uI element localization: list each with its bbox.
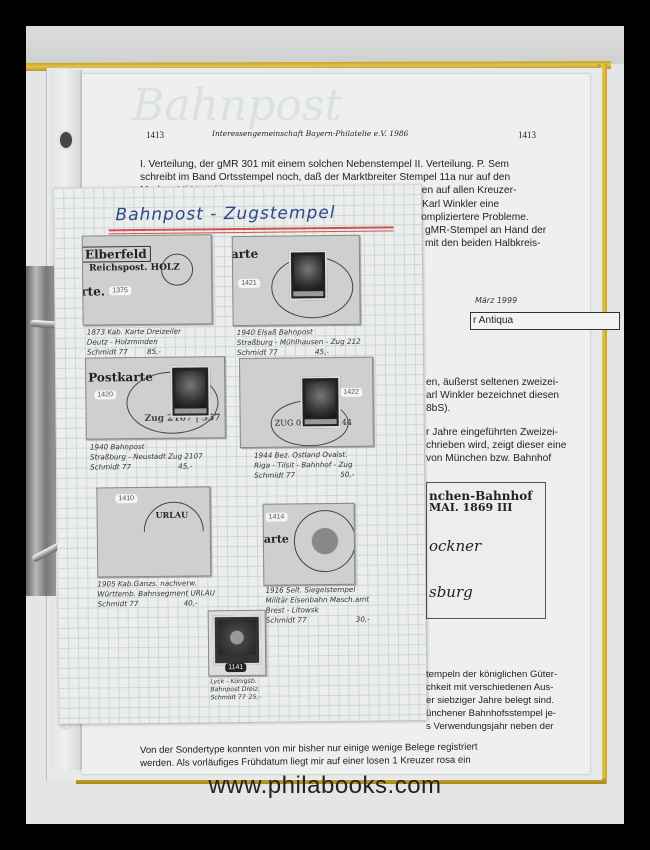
text-line: chkeit mit verschiedenen Aus- [426,681,553,694]
cover-text: rte. [82,284,105,298]
postmark [161,253,193,285]
stamp-cover-1420[interactable]: Postkarte 1420 Zug 2107 | 557 [85,356,226,439]
paragraph-2: Von der Sondertype konnten von mir bishe… [140,740,545,771]
text-line: er siebziger Jahre belegt sind. [426,694,554,707]
text-line: s Verwendungsjahr neben der [426,720,553,733]
text-line: en, äußerst seltenen zweizei- [426,376,559,389]
text-line: 8bS). [426,402,450,415]
text-line: chrieben wird, zeigt dieser eine [426,439,566,452]
catalog-number: 1141 [225,663,246,672]
stamp-1141[interactable]: 1141 [208,610,267,677]
caption: 1940 Bahnpost Straßburg - Neustadt Zug 2… [90,441,203,472]
caption: 1905 Kab.Ganzs. nachverw. Württemb. Bahn… [97,578,215,609]
stamp-cover-1410[interactable]: 1410 URLAU [96,486,211,577]
price: 45,- [315,347,329,357]
catalog-number: 1414 [266,513,288,522]
caption: 1873 Kab. Karte Dreizeiler Deutz - Holzm… [87,327,182,358]
seal-postmark [294,510,356,573]
stamp-text: sburg [429,583,473,601]
text-line: tempeln der königlichen Güter- [426,668,557,681]
photo: Bahnpost 1413 Interessengemeinschaft Bay… [26,26,624,824]
price: 45,- [178,462,192,472]
stamp-image [213,615,262,665]
price: 30,- [356,615,370,625]
website-watermark: www.philabooks.com [0,772,650,800]
text-line: r Jahre eingeführten Zweizei- [426,426,558,439]
caption: 1916 Selt. Siegelstempel Militär Eisenba… [265,585,369,626]
handwritten-date: März 1999 [475,294,517,307]
caption: 1940 Elsaß Bahnpost Straßburg - Mühlhaus… [237,327,361,358]
stamp-text: MAI. 1869 III [429,501,512,514]
catalog-number: 1410 [115,494,137,503]
cover-text: arte [264,532,289,545]
album-title: Bahnpost - Zugstempel [115,203,335,225]
catalog-number: 1420 [94,390,116,399]
price: 85,- [147,347,161,357]
punch-hole [58,130,74,150]
stamp-illustration: nchen-Bahnhof MAI. 1869 III ockner sburg [426,482,546,619]
stamp-cover-1422[interactable]: 1422 ZUG 01.52 11.3.44 [239,357,374,448]
cover-text: Elberfeld [82,246,151,263]
heading-box: r Antiqua [470,312,620,330]
text-line: von München bzw. Bahnhof [426,452,551,465]
stamp-image [289,250,328,300]
text-line: ünchener Bahnhofsstempel je- [426,707,556,720]
catalog-number: 1375 [109,286,131,295]
price: 40,- [184,598,198,608]
binder-background [26,26,624,64]
page-number-right: 1413 [518,130,536,140]
text-line: schreibt im Band Ortsstempel noch, daß d… [140,171,545,184]
cover-text: arte [232,247,259,261]
stamp-cover-1421[interactable]: arte 1421 [232,235,361,326]
caption: Lyck - Königsb. Bahnpost Dreiz. Schmidt … [210,678,260,703]
text-line: gMR-Stempel an Hand der [425,224,546,237]
catalog-number: 1421 [238,279,260,288]
stamp-cover-1414[interactable]: 1414 arte [263,503,356,586]
price: 50,- [340,470,354,480]
cover-text: URLAU [156,510,189,520]
stamp-cover-1375[interactable]: Elberfeld Reichspost. HOLZ rte. 1375 [82,234,213,325]
album-page: Bahnpost - Zugstempel Elberfeld Reichspo… [53,184,427,724]
text-line: mit den beiden Halbkreis- [425,237,541,250]
heading-text: r Antiqua [473,314,513,327]
text-line: werden. Als vorläufiges Frühdatum liegt … [140,753,545,770]
page-header: Interessengemeinschaft Bayern-Philatelie… [212,129,408,138]
text-line: I. Verteilung, der gMR 301 mit einem sol… [140,158,545,171]
text-line: arl Winkler bezeichnet diesen [426,389,559,402]
catalog-number: 1422 [340,388,362,397]
title-underline [109,230,394,234]
stamp-image [170,365,211,417]
page-number-left: 1413 [146,130,164,140]
caption: 1944 Bez. Ostland Ovalst. Riga - Tilsit … [254,450,353,481]
stamp-image [300,376,341,428]
watermark: Bahnpost [132,80,342,131]
price: 25,- [249,694,261,702]
stamp-text: ockner [429,537,481,555]
